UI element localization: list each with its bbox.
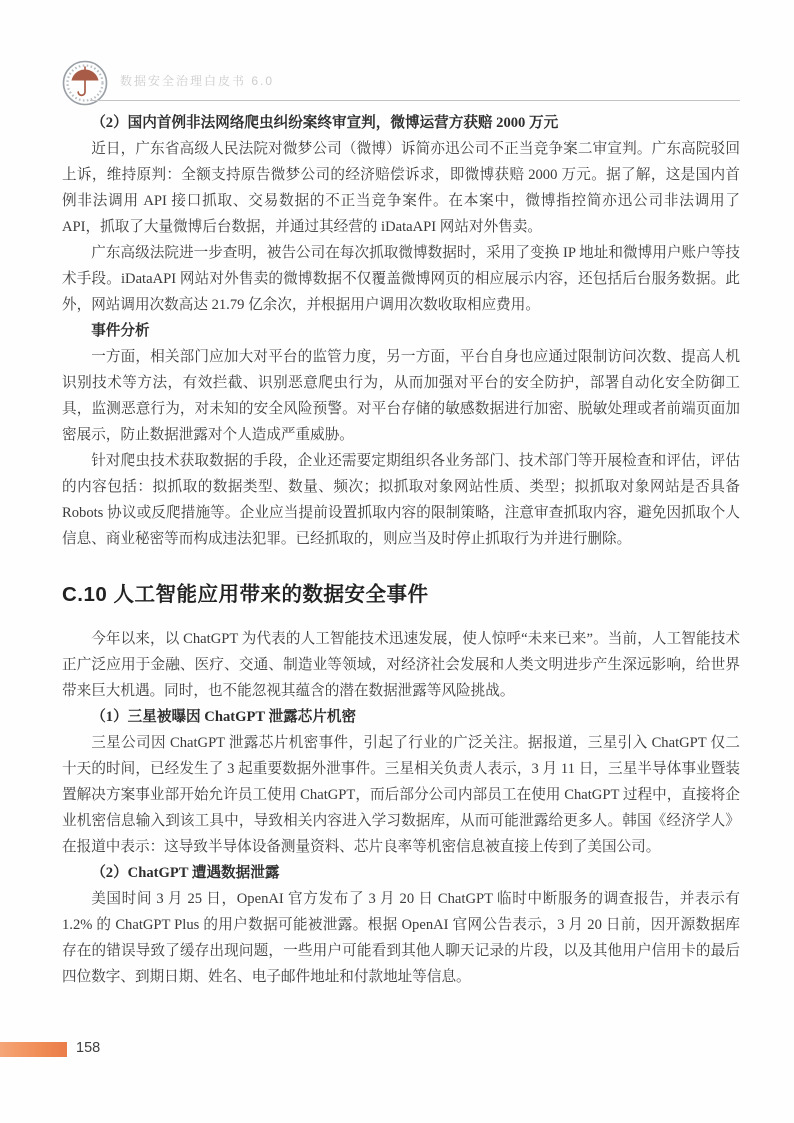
document-page: 数据安全治理白皮书 6.0 （2）国内首例非法网络爬虫纠纷案终审宣判，微博运营方… [0,0,794,1123]
paragraph-weibo-findings: 广东高级法院进一步查明，被告公司在每次抓取微博数据时，采用了变换 IP 地址和微… [62,240,740,318]
footer-accent-bar [0,1042,67,1057]
document-title: 数据安全治理白皮书 6.0 [120,72,274,89]
header-divider [90,100,740,101]
paragraph-samsung-detail: 三星公司因 ChatGPT 泄露芯片机密事件，引起了行业的广泛关注。据报道，三星… [62,730,740,860]
section-heading-c10: C.10 人工智能应用带来的数据安全事件 [62,582,740,608]
subheading-weibo-crawler-case: （2）国内首例非法网络爬虫纠纷案终审宣判，微博运营方获赔 2000 万元 [62,110,740,136]
paragraph-weibo-verdict: 近日，广东省高级人民法院对微梦公司（微博）诉简亦迅公司不正当竞争案二审宣判。广东… [62,136,740,240]
paragraph-chatgpt-breach-detail: 美国时间 3 月 25 日，OpenAI 官方发布了 3 月 20 日 Chat… [62,886,740,990]
paragraph-platform-protection: 一方面，相关部门应加大对平台的监管力度，另一方面，平台自身也应通过限制访问次数、… [62,344,740,448]
paragraph-crawler-assessment: 针对爬虫技术获取数据的手段，企业还需要定期组织各业务部门、技术部门等开展检查和评… [62,448,740,552]
paragraph-ai-intro: 今年以来，以 ChatGPT 为代表的人工智能技术迅速发展，使人惊呼“未来已来”… [62,626,740,704]
subheading-samsung-leak: （1）三星被曝因 ChatGPT 泄露芯片机密 [62,704,740,730]
page-number: 158 [76,1040,100,1056]
article-body: （2）国内首例非法网络爬虫纠纷案终审宣判，微博运营方获赔 2000 万元 近日，… [62,110,740,990]
subheading-chatgpt-breach: （2）ChatGPT 遭遇数据泄露 [62,860,740,886]
subheading-event-analysis: 事件分析 [62,318,740,344]
